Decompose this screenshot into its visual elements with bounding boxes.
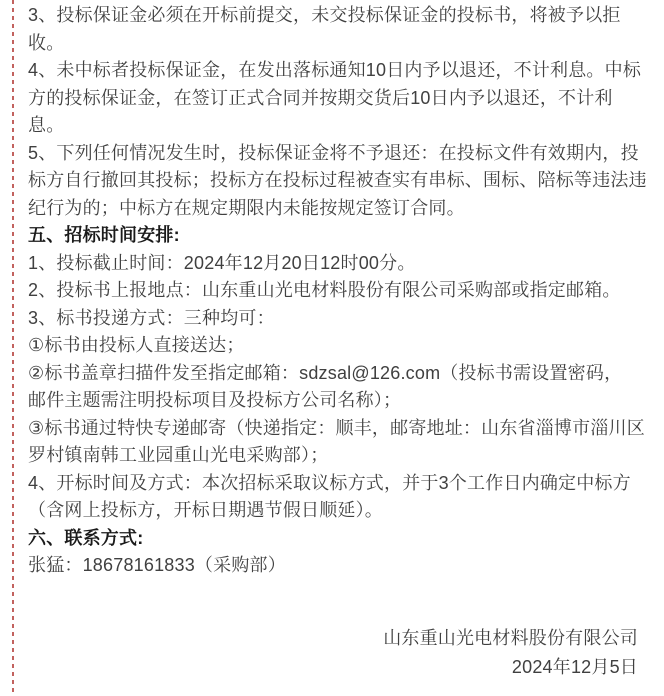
text-line: 1、投标截止时间：2024年12月20日12时00分。 [28,250,638,278]
signature-company: 山东重山光电材料股份有限公司 [28,624,638,653]
text-line: ③标书通过特快专递邮寄（快递指定：顺丰，邮寄地址：山东省淄博市淄川区 [28,415,638,443]
text-line: 张猛：18678161833（采购部） [28,552,638,580]
text-line: 纪行为的；中标方在规定期限内未能按规定签订合同。 [28,195,638,223]
text-line: 4、开标时间及方式：本次招标采取议标方式，并于3个工作日内确定中标方 [28,470,638,498]
text-line: 5、下列任何情况发生时，投标保证金将不予退还：在投标文件有效期内，投 [28,140,638,168]
document-page: 3、投标保证金必须在开标前提交，未交投标保证金的投标书，将被予以拒收。4、未中标… [0,0,664,696]
text-line: ①标书由投标人直接送达； [28,332,638,360]
document-body: 3、投标保证金必须在开标前提交，未交投标保证金的投标书，将被予以拒收。4、未中标… [28,2,638,682]
section-heading-line: 六、联系方式: [28,525,638,553]
text-line: 标方自行撤回其投标；投标方在投标过程被查实有串标、围标、陪标等违法违 [28,167,638,195]
signature-date: 2024年12月5日 [28,653,638,682]
text-line: ②标书盖章扫描件发至指定邮箱：sdzsal@126.com（投标书需设置密码， [28,360,638,388]
section-heading-line: 五、招标时间安排: [28,222,638,250]
text-line: （含网上投标方，开标日期遇节假日顺延）。 [28,497,638,525]
text-line: 4、未中标者投标保证金，在发出落标通知10日内予以退还，不计利息。中标 [28,57,638,85]
text-line: 收。 [28,30,638,58]
paragraph-lines: 3、投标保证金必须在开标前提交，未交投标保证金的投标书，将被予以拒收。4、未中标… [28,2,638,580]
text-line: 3、投标保证金必须在开标前提交，未交投标保证金的投标书，将被予以拒 [28,2,638,30]
text-line: 方的投标保证金，在签订正式合同并按期交货后10日内予以退还，不计利 [28,85,638,113]
left-dashed-rule [12,0,14,696]
text-line: 罗村镇南韩工业园重山光电采购部）； [28,442,638,470]
signature-block: 山东重山光电材料股份有限公司 2024年12月5日 [28,624,638,682]
text-line: 3、标书投递方式：三种均可： [28,305,638,333]
text-line: 邮件主题需注明投标项目及投标方公司名称）； [28,387,638,415]
text-line: 息。 [28,112,638,140]
signature-spacer [28,580,638,624]
text-line: 2、投标书上报地点：山东重山光电材料股份有限公司采购部或指定邮箱。 [28,277,638,305]
